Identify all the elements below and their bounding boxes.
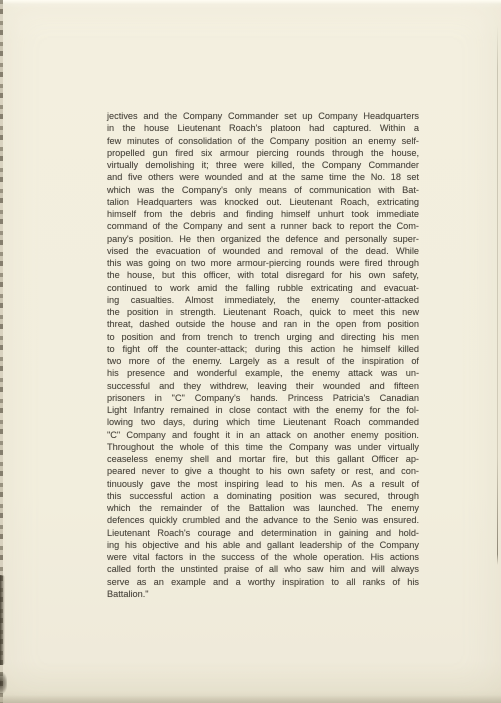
text-line: ceaseless enemy shell and mortar fire, b… (107, 453, 419, 465)
text-line: Throughout the whole of this time the Co… (107, 441, 419, 453)
scan-right-edge-line (497, 25, 498, 565)
text-line: to fight off the counter-attack; during … (107, 343, 419, 355)
text-line: command of the Company and sent a runner… (107, 220, 419, 232)
text-line: which the remainder of the Battalion was… (107, 502, 419, 514)
text-line: two more of the enemy. Largely as a resu… (107, 355, 419, 367)
text-line: were vital factors in the success of the… (107, 551, 419, 563)
text-line: pany's position. He then organized the d… (107, 233, 419, 245)
text-line: called forth the unstinted praise of all… (107, 563, 419, 575)
text-line: prisoners in "C" Company's hands. Prince… (107, 392, 419, 404)
text-line: jectives and the Company Commander set u… (107, 110, 419, 122)
text-line: successful and they withdrew, leaving th… (107, 380, 419, 392)
scan-top-edge (0, 0, 501, 4)
text-line: which was the Company's only means of co… (107, 184, 419, 196)
text-line: Battalion." (107, 588, 419, 600)
text-line: Lieutenant Roach's courage and determina… (107, 527, 419, 539)
text-line: lowing two days, during which time Lieut… (107, 416, 419, 428)
text-line: tinuously gave the most inspiring lead t… (107, 478, 419, 490)
scanned-page: jectives and the Company Commander set u… (0, 0, 501, 703)
text-line: ing his objective and his able and galla… (107, 539, 419, 551)
scan-corner-blotch (0, 672, 7, 694)
text-line: threat, dashed outside the house and ran… (107, 318, 419, 330)
scan-left-edge-dark-patch (0, 575, 5, 665)
text-line: vised the evacuation of wounded and remo… (107, 245, 419, 257)
text-line: the position in strength. Lieutenant Roa… (107, 306, 419, 318)
text-line: few minutes of consolidation of the Comp… (107, 135, 419, 147)
text-line: defences quickly crumbled and the advanc… (107, 514, 419, 526)
text-line: this was going on two more armour-pierci… (107, 257, 419, 269)
text-line: to position and from trench to trench ur… (107, 331, 419, 343)
text-line: his presence and wonderful example, the … (107, 367, 419, 379)
text-line: virtually demolishing it; three were kil… (107, 159, 419, 171)
text-line: continued to work amid the falling rubbl… (107, 282, 419, 294)
text-line: ing casualties. Almost immediately, the … (107, 294, 419, 306)
text-line: propelled gun fired six armour piercing … (107, 147, 419, 159)
text-line: talion Headquarters was knocked out. Lie… (107, 196, 419, 208)
text-line: and five others were wounded and at the … (107, 171, 419, 183)
text-line: himself from the debris and finding hims… (107, 208, 419, 220)
text-line: serve as an example and a worthy inspira… (107, 576, 419, 588)
scan-bottom-edge (0, 695, 501, 703)
text-line: "C" Company and fought it in an attack o… (107, 429, 419, 441)
text-line: this successful action a dominating posi… (107, 490, 419, 502)
page-text: jectives and the Company Commander set u… (107, 110, 419, 600)
text-line: in the house Lieutenant Roach's platoon … (107, 122, 419, 134)
text-line: the house, but this officer, with total … (107, 269, 419, 281)
text-line: Light Infantry remained in close contact… (107, 404, 419, 416)
text-line: peared never to give a thought to his ow… (107, 465, 419, 477)
